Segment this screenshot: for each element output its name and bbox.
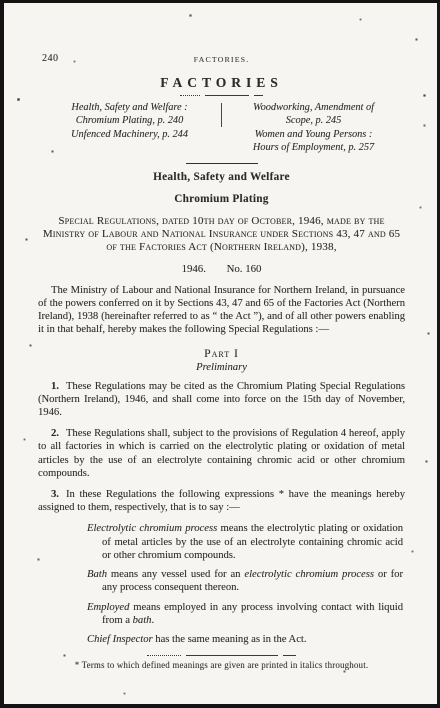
part-heading: Part I xyxy=(38,347,405,360)
title-rule xyxy=(38,95,405,96)
contents-index: Health, Safety and Welfare : Chromium Pl… xyxy=(38,101,405,155)
regulation-text: These Regulations shall, subject to the … xyxy=(38,428,405,479)
rule-dotted-segment xyxy=(147,655,181,656)
statutory-number: No. 160 xyxy=(227,263,262,275)
page-title: FACTORIES xyxy=(38,75,405,91)
definition-bath: Bath means any vessel used for an electr… xyxy=(38,568,405,594)
definition-electrolytic-chromium-process: Electrolytic chromium process means the … xyxy=(38,522,405,562)
regulation-1: 1.These Regulations may be cited as the … xyxy=(38,380,405,420)
scan-noise xyxy=(4,3,5,4)
regulation-text: These Regulations may be cited as the Ch… xyxy=(38,381,405,418)
running-header-title: FACTORIES. xyxy=(38,55,405,64)
index-entry: Unfenced Machinery, p. 244 xyxy=(38,128,221,141)
footnote-rule xyxy=(38,655,405,656)
subsection-heading: Chromium Plating xyxy=(38,193,405,205)
rule-dash-segment xyxy=(254,95,263,96)
index-entry: Woodworking, Amendment of xyxy=(222,101,405,114)
index-entry: Women and Young Persons : xyxy=(222,128,405,141)
statutory-number-line: 1946. No. 160 xyxy=(38,263,405,275)
regulation-text: In these Regulations the following expre… xyxy=(38,489,405,513)
index-entry: Health, Safety and Welfare : xyxy=(38,101,221,114)
index-entry: Chromium Plating, p. 240 xyxy=(38,114,221,127)
rule-dash-segment xyxy=(283,655,296,656)
regulation-number: 1. xyxy=(51,381,59,392)
regulations-preamble: Special Regulations, dated 10th day of O… xyxy=(38,215,405,255)
section-divider-rule xyxy=(186,163,258,164)
definition-chief-inspector: Chief Inspector has the same meaning as … xyxy=(38,633,405,646)
document-page: 240 FACTORIES. FACTORIES Health, Safety … xyxy=(0,0,440,708)
footnote-text: * Terms to which defined meanings are gi… xyxy=(38,660,405,670)
index-right-column: Woodworking, Amendment of Scope, p. 245 … xyxy=(222,101,405,155)
regulation-number: 3. xyxy=(51,489,59,500)
running-head: 240 FACTORIES. xyxy=(38,53,405,66)
rule-solid-segment xyxy=(205,95,249,96)
statutory-year: 1946. xyxy=(182,263,206,275)
rule-dotted-segment xyxy=(180,95,200,96)
regulation-2: 2.These Regulations shall, subject to th… xyxy=(38,427,405,480)
opening-paragraph: The Ministry of Labour and National Insu… xyxy=(38,284,405,337)
regulation-number: 2. xyxy=(51,428,59,439)
index-entry: Hours of Employment, p. 257 xyxy=(222,141,405,154)
definition-employed: Employed means employed in any process i… xyxy=(38,601,405,627)
regulation-3: 3.In these Regulations the following exp… xyxy=(38,488,405,514)
part-subheading: Preliminary xyxy=(38,362,405,373)
rule-solid-segment xyxy=(186,655,278,656)
section-heading: Health, Safety and Welfare xyxy=(38,171,405,183)
index-left-column: Health, Safety and Welfare : Chromium Pl… xyxy=(38,101,221,155)
index-entry: Scope, p. 245 xyxy=(222,114,405,127)
